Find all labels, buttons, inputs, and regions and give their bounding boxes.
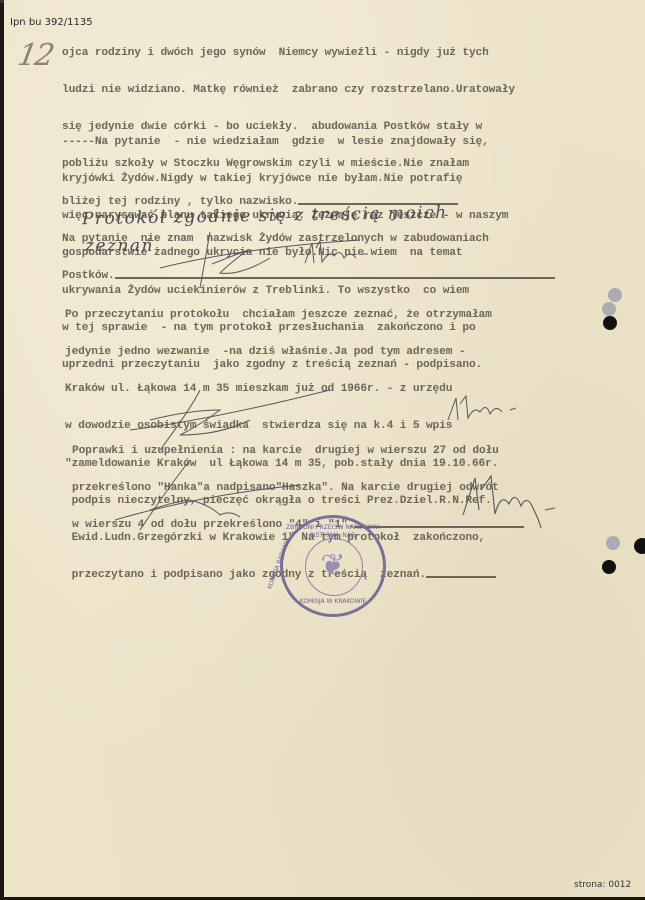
fill-line <box>426 570 496 578</box>
binder-hole <box>608 288 622 302</box>
binder-hole <box>602 560 616 574</box>
text-line: ludzi nie widziano. Matkę również zabran… <box>62 84 555 96</box>
text-line: ojca rodziny i dwóch jego synów Niemcy w… <box>62 47 555 59</box>
binder-hole <box>634 538 645 554</box>
stamp-text-bottom: KOMISJA W KRAKOWIE <box>283 598 383 605</box>
eagle-emblem-icon: ❦ <box>315 548 351 584</box>
signature-witness-1 <box>300 238 380 268</box>
stamp-text-top: ZBRODNI PRZECIW NARODOWI <box>283 524 383 531</box>
binder-hole <box>602 302 616 316</box>
signature-witness-3 <box>455 470 565 530</box>
text-line: jedynie jedno wezwanie -na dziś właśnie.… <box>65 346 498 358</box>
text-line: kryjówki Żydów.Nigdy w takiej kryjówce n… <box>62 173 508 185</box>
official-stamp: ZBRODNI PRZECIW NARODOWI INST. PAM. NAR.… <box>280 515 386 617</box>
handwritten-page-number: 12 <box>15 38 55 73</box>
page-number-label: strona: 0012 <box>574 880 631 890</box>
signature-interrogator-3 <box>110 455 310 535</box>
binder-hole <box>606 536 620 550</box>
handwritten-note-line-2: zeznań <box>85 236 154 256</box>
text-line: -----Na pytanie - nie wiedziałam gdzie w… <box>62 136 508 148</box>
text-line: Po przeczytaniu protokołu chciałam jeszc… <box>65 309 498 321</box>
binder-hole <box>603 316 617 330</box>
